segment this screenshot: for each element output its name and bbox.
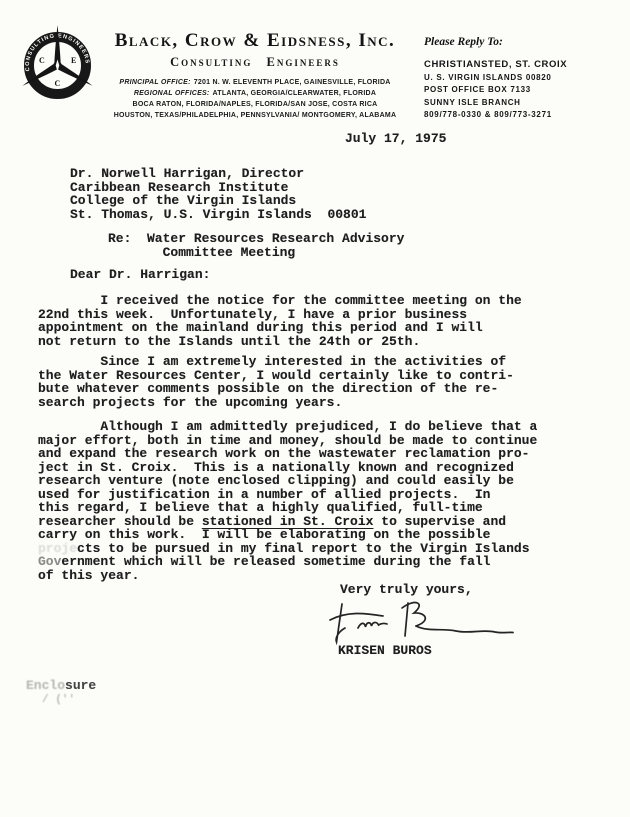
- letterhead: Black, Crow & Eidsness, Inc. Consulting …: [95, 30, 415, 121]
- reply-to-line: 809/778-0330 & 809/773-3271: [424, 109, 619, 122]
- paragraph-3-text: Although I am admittedly prejudiced, I d…: [38, 419, 537, 529]
- office-text: 7201 N. W. ELEVENTH PLACE, GAINESVILLE, …: [194, 79, 391, 86]
- office-label: REGIONAL OFFICES:: [134, 90, 210, 97]
- paragraph-3-text: ernment which will be released sometime …: [38, 554, 490, 583]
- office-text: HOUSTON, TEXAS/PHILADELPHIA, PENNSYLVANI…: [114, 112, 397, 119]
- handwritten-signature: [325, 597, 520, 647]
- office-line: REGIONAL OFFICES:ATLANTA, GEORGIA/CLEARW…: [95, 88, 415, 99]
- signer-name: KRISEN BUROS: [338, 644, 432, 658]
- company-name: Black, Crow & Eidsness, Inc.: [95, 30, 415, 52]
- paragraph-2: Since I am extremely interested in the a…: [38, 355, 514, 409]
- office-text: BOCA RATON, FLORIDA/NAPLES, FLORIDA/SAN …: [133, 101, 378, 108]
- office-line: HOUSTON, TEXAS/PHILADELPHIA, PENNSYLVANI…: [95, 110, 415, 121]
- office-text: ATLANTA, GEORGIA/CLEARWATER, FLORIDA: [213, 90, 377, 97]
- reply-to-line: SUNNY ISLE BRANCH: [424, 97, 619, 110]
- consulting-engineers-council-emblem: CONSULTING ENGINEERS COUNCIL C E C: [12, 22, 104, 108]
- office-line: BOCA RATON, FLORIDA/NAPLES, FLORIDA/SAN …: [95, 99, 415, 110]
- reply-to-address: CHRISTIANSTED, ST. CROIX U. S. VIRGIN IS…: [424, 59, 619, 122]
- letter-date: July 17, 1975: [345, 132, 446, 146]
- scanned-letter-page: CONSULTING ENGINEERS COUNCIL C E C Black…: [0, 0, 630, 817]
- reply-to-label: Please Reply To:: [424, 36, 619, 48]
- reply-to-line: U. S. VIRGIN ISLANDS 00820: [424, 72, 619, 85]
- reply-to-line: CHRISTIANSTED, ST. CROIX: [424, 59, 619, 72]
- faded-text: Gov: [38, 554, 61, 569]
- complimentary-closing: Very truly yours,: [340, 583, 473, 597]
- svg-text:C: C: [39, 56, 45, 65]
- paragraph-3: Although I am admittedly prejudiced, I d…: [38, 420, 537, 582]
- reply-to-line: POST OFFICE BOX 7133: [424, 84, 619, 97]
- subject-line: Re: Water Resources Research Advisory Co…: [108, 232, 404, 259]
- reply-to-block: Please Reply To: CHRISTIANSTED, ST. CROI…: [424, 36, 619, 122]
- company-tagline: Consulting Engineers: [95, 55, 415, 70]
- salutation: Dear Dr. Harrigan:: [70, 268, 210, 282]
- office-address-list: PRINCIPAL OFFICE:7201 N. W. ELEVENTH PLA…: [95, 77, 415, 121]
- enclosure-text: sure: [65, 678, 96, 693]
- office-label: PRINCIPAL OFFICE:: [119, 79, 190, 86]
- svg-text:E: E: [71, 56, 76, 65]
- recipient-address: Dr. Norwell Harrigan, Director Caribbean…: [70, 167, 366, 221]
- paragraph-1: I received the notice for the committee …: [38, 294, 522, 348]
- faint-scan-marks: / ('': [42, 694, 75, 708]
- enclosure-notation: Enclosure: [26, 679, 96, 693]
- svg-text:C: C: [55, 79, 61, 88]
- office-line: PRINCIPAL OFFICE:7201 N. W. ELEVENTH PLA…: [95, 77, 415, 88]
- faded-text: Enclo: [26, 678, 65, 693]
